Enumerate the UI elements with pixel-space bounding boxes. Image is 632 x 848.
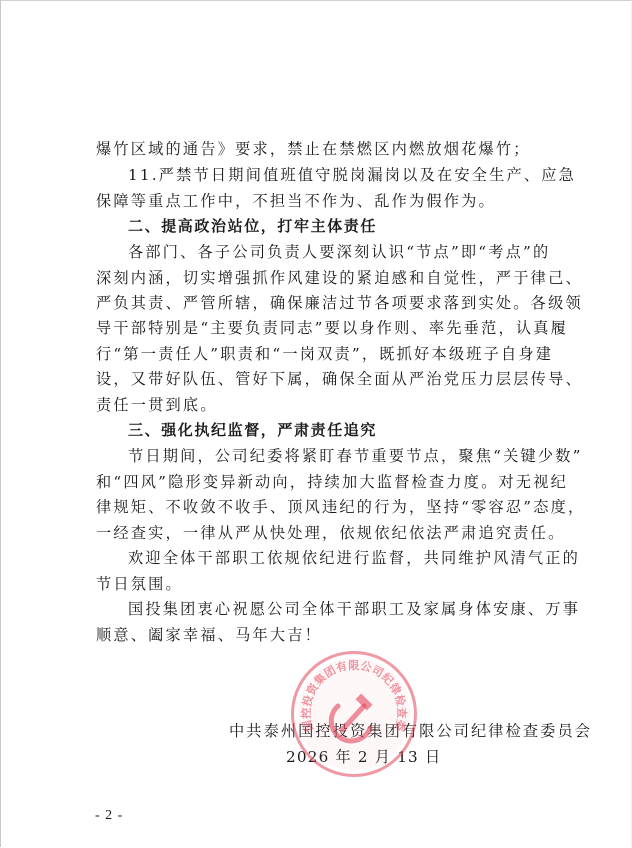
text-line: 11.严禁节日期间值班值守脱岗漏岗以及在安全生产、应急	[128, 165, 546, 185]
text-line: 导干部特别是“主要负责同志”要以身作则、率先垂范，认真履	[96, 318, 546, 338]
text-line: 律规矩、不收敛不收手、顶风违纪的行为，坚持“零容忍”态度，	[96, 497, 546, 517]
text-line: 责任一贯到底。	[96, 395, 546, 415]
text-line: 保障等重点工作中，不担当不作为、乱作为假作为。	[96, 191, 546, 211]
text-line: 顺意、阖家幸福、马年大吉！	[96, 625, 546, 645]
section-heading: 二、提高政治站位，打牢主体责任	[128, 216, 546, 236]
text-line: 严负其责、严管所辖，确保廉洁过节各项要求落到实处。各级领	[96, 293, 546, 313]
text-line: 节日氛围。	[96, 574, 546, 594]
official-seal: 泰州国控投资集团有限公司纪律检查委员会	[291, 651, 417, 777]
text-line: 和“四风”隐形变异新动向，持续加大监督检查力度。对无视纪	[96, 472, 546, 492]
text-line: 节日期间，公司纪委将紧盯春节重要节点，聚焦“关键少数”	[128, 446, 546, 466]
text-line: 各部门、各子公司负责人要深刻认识“节点”即“考点”的	[128, 242, 546, 262]
text-line: 爆竹区域的通告》要求，禁止在禁燃区内燃放烟花爆竹；	[96, 139, 546, 159]
seal-graphic: 泰州国控投资集团有限公司纪律检查委员会	[294, 654, 414, 774]
text-line: 深刻内涵，切实增强抓作风建设的紧迫感和自觉性，严于律己、	[96, 268, 546, 288]
text-line: 欢迎全体干部职工依规依纪进行监督，共同维护风清气正的	[128, 548, 546, 568]
text-line: 设，又带好队伍、管好下属，确保全面从严治党压力层层传导、	[96, 369, 546, 389]
page-number: - 2 -	[95, 808, 123, 824]
document-page: 爆竹区域的通告》要求，禁止在禁燃区内燃放烟花爆竹； 11.严禁节日期间值班值守脱…	[0, 0, 632, 847]
text-line: 一经查实，一律从严从快处理，依规依纪依法严肃追究责任。	[96, 523, 546, 543]
text-line: 国投集团衷心祝愿公司全体干部职工及家属身体安康、万事	[128, 599, 546, 619]
text-line: 行“第一责任人”职责和“一岗双责”，既抓好本级班子自身建	[96, 344, 546, 364]
section-heading: 三、强化执纪监督，严肃责任追究	[128, 420, 546, 440]
